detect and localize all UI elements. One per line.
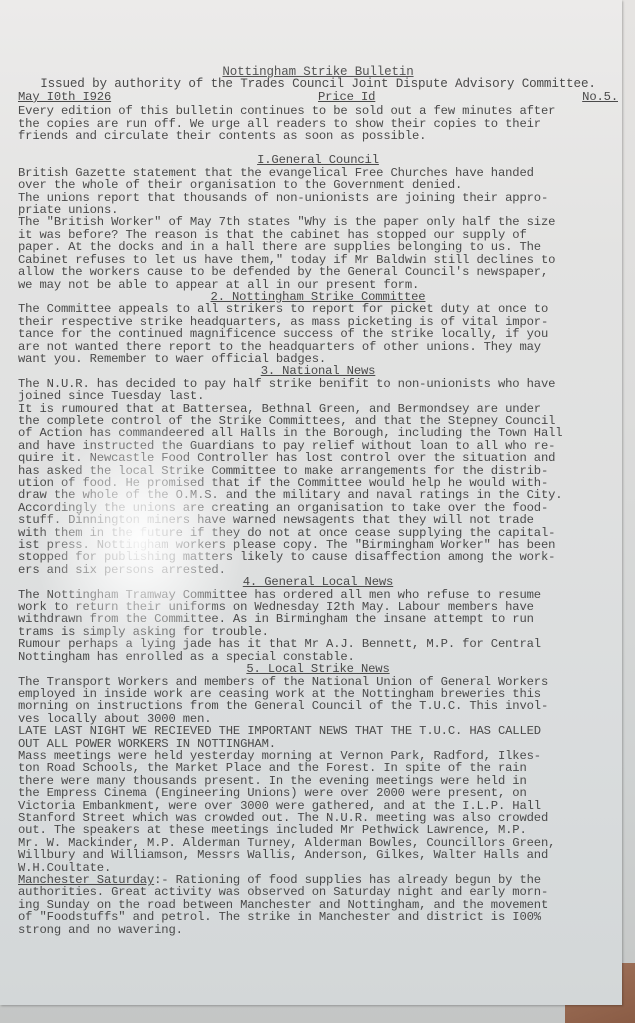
issue-number: No.5. (582, 91, 618, 103)
text-line: the Empress Cinema (Engineering Unions) … (18, 787, 618, 799)
text-line: of "Foodstuffs" and petrol. The strike i… (18, 911, 618, 923)
text-line: Rumour perhaps a lying jade has it that … (18, 638, 618, 650)
section-strike-committee: 2. Nottingham Strike Committee The Commi… (18, 291, 618, 365)
text-line: LATE LAST NIGHT WE RECIEVED THE IMPORTAN… (18, 725, 618, 737)
intro-line: Every edition of this bulletin continues… (18, 105, 618, 117)
section-heading-text: 5. Local Strike News (246, 662, 389, 676)
text-line: of Action has commandeered all Halls in … (18, 427, 618, 439)
issue-price: Price Id (318, 91, 375, 103)
text-line: The "British Worker" of May 7th states "… (18, 216, 618, 228)
text-line: stuff. Dinnington miners have warned new… (18, 514, 618, 526)
text-line: tance for the continued magnificence suc… (18, 328, 618, 340)
text-line: strong and no wavering. (18, 924, 618, 936)
bulletin-text: Nottingham Strike Bulletin Issued by aut… (18, 66, 618, 936)
text-line: withdrawn from the Committee. As in Birm… (18, 613, 618, 625)
text-line: ton Road Schools, the Market Place and t… (18, 762, 618, 774)
issue-date: May I0th I926 (18, 91, 111, 103)
text-line: draw the whole of the O.M.S. and the mil… (18, 489, 618, 501)
bulletin-page: Nottingham Strike Bulletin Issued by aut… (0, 0, 622, 1005)
text-line: quire it. Newcastle Food Controller has … (18, 452, 618, 464)
section-heading: 4. General Local News (18, 576, 618, 588)
section-heading: 5. Local Strike News (18, 663, 618, 675)
text-line: morning on instructions from the General… (18, 700, 618, 712)
section-general-local-news: 4. General Local News The Nottingham Tra… (18, 576, 618, 663)
section-general-council: I.General Council British Gazette statem… (18, 154, 618, 290)
text-line: joined since Tuesday last. (18, 390, 618, 402)
text-line: Willbury and Williamson, Messrs Wallis, … (18, 849, 618, 861)
intro-paragraph: Every edition of this bulletin continues… (18, 105, 618, 142)
section-manchester: Manchester Saturday:- Rationing of food … (18, 874, 618, 936)
issued-by: Issued by authority of the Trades Counci… (18, 78, 618, 90)
section-heading: I.General Council (18, 154, 618, 166)
section-local-strike-news: 5. Local Strike News The Transport Worke… (18, 663, 618, 874)
text-line: stopped for publishing matters likely to… (18, 551, 618, 563)
text-line: allow the workers cause to be defended b… (18, 266, 618, 278)
text-line: authorities. Great activity was observed… (18, 886, 618, 898)
text-line: The Committee appeals to all strikers to… (18, 303, 618, 315)
text-line: paper. At the docks and in a hall there … (18, 241, 618, 253)
intro-line: friends and circulate their contents as … (18, 130, 618, 142)
text-line: over the whole of their organisation to … (18, 179, 618, 191)
text-line: out. The speakers at these meetings incl… (18, 824, 618, 836)
section-heading: 3. National News (18, 365, 618, 377)
section-national-news: 3. National News The N.U.R. has decided … (18, 365, 618, 576)
masthead-row: May I0th I926 Price Id No.5. (18, 91, 618, 103)
